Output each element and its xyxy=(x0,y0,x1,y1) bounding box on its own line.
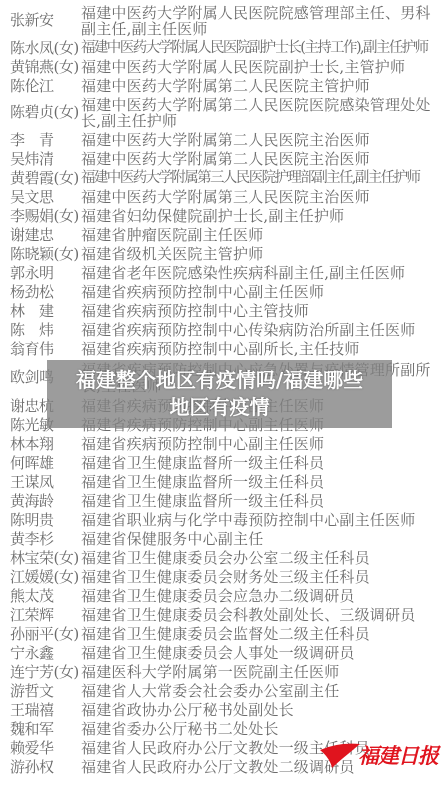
person-position: 福建省疾病预防控制中心主管技师 xyxy=(81,303,433,319)
person-name: 连宁芳(女) xyxy=(10,663,80,682)
person-name: 王谋凤 xyxy=(10,473,80,492)
headline-title: 福建整个地区有疫情吗/福建哪些 地区有疫情 xyxy=(76,367,363,421)
person-name: 何晖雄 xyxy=(10,454,80,473)
person-name: 郭永明 xyxy=(10,264,80,283)
person-name: 游哲文 xyxy=(10,682,80,701)
person-name: 吴文思 xyxy=(10,188,80,207)
person-name: 王瑞禧 xyxy=(10,701,80,720)
person-name: 宁永鑫 xyxy=(10,644,80,663)
person-name: 谢建忠 xyxy=(10,226,80,245)
person-position: 福建省卫生健康监督所一级主任科员 xyxy=(81,455,433,471)
person-position: 福建中医药大学附属人民医院副护士长(主持工作),副主任护师 xyxy=(81,40,433,56)
person-position: 福建省人大常委会社会委办公室副主任 xyxy=(81,683,433,699)
person-position: 福建中医药大学附属第二人民医院主治医师 xyxy=(81,132,433,148)
person-name: 陈水凤(女) xyxy=(10,39,80,58)
person-position: 福建省卫生健康委员会办公室二级主任科员 xyxy=(81,550,433,566)
person-position: 福建省级机关医院主管护师 xyxy=(81,246,433,262)
person-position: 福建省疾病预防控制中心副所长,主任技师 xyxy=(81,341,433,357)
person-name: 黄碧霞(女) xyxy=(10,169,80,188)
person-position: 福建中医药大学附属第二人民医院医院感染管理处处长,副主任护师 xyxy=(81,97,433,129)
person-name: 江荣辉 xyxy=(10,606,80,625)
person-position: 福建省疾病预防控制中心传染病防治所副主任医师 xyxy=(81,322,433,338)
person-position: 福建省职业病与化学中毒预防控制中心副主任医师 xyxy=(81,512,433,528)
person-name: 杨劲松 xyxy=(10,283,80,302)
person-name: 李 青 xyxy=(10,131,80,150)
person-position: 福建省卫生健康委员会监督处二级主任科员 xyxy=(81,626,433,642)
person-position: 福建医科大学附属第一医院副主任医师 xyxy=(81,664,433,680)
person-position: 福建中医药大学附属第二人民医院主治医师 xyxy=(81,151,433,167)
person-name: 孙丽平(女) xyxy=(10,625,80,644)
person-position: 福建省卫生健康委员会科教处副处长、三级调研员 xyxy=(81,607,433,623)
brush-stroke-icon xyxy=(318,740,362,770)
person-position: 福建省保健服务中心副主任 xyxy=(81,531,433,547)
person-position: 福建省肿瘤医院副主任医师 xyxy=(81,227,433,243)
person-name: 陈 炜 xyxy=(10,321,80,340)
person-name: 黄锦燕(女) xyxy=(10,58,80,77)
headline-line-2: 地区有疫情 xyxy=(170,395,270,419)
person-name: 黄李杉 xyxy=(10,530,80,549)
person-position: 福建省老年医院感染性疾病科副主任,副主任医师 xyxy=(81,265,433,281)
person-name: 林宝荣(女) xyxy=(10,549,80,568)
person-name: 林 建 xyxy=(10,302,80,321)
person-name: 李赐娟(女) xyxy=(10,207,80,226)
headline-overlay: 福建整个地区有疫情吗/福建哪些 地区有疫情 xyxy=(47,360,392,428)
person-position: 福建省妇幼保健院副护士长,副主任护师 xyxy=(81,208,433,224)
person-name: 熊太茂 xyxy=(10,587,80,606)
person-name: 赖爱华 xyxy=(10,739,80,758)
person-name: 翁育伟 xyxy=(10,340,80,359)
person-name: 游孙权 xyxy=(10,758,80,777)
person-position: 福建中医药大学附属人民医院副护士长,主管护师 xyxy=(81,59,433,75)
person-name: 江媛媛(女) xyxy=(10,568,80,587)
person-name: 陈明贵 xyxy=(10,511,80,530)
newspaper-logo: 福建日报 xyxy=(318,738,438,772)
headline-line-1: 福建整个地区有疫情吗/福建哪些 xyxy=(76,368,363,392)
person-position: 福建中医药大学附属第三人民医院护理部副主任,副主任护师 xyxy=(81,170,433,186)
person-name: 吴炜清 xyxy=(10,150,80,169)
person-position: 福建省卫生健康委员会财务处三级主任科员 xyxy=(81,569,433,585)
person-name: 陈晓颖(女) xyxy=(10,245,80,264)
person-position: 福建省卫生健康监督所一级主任科员 xyxy=(81,493,433,509)
person-position: 福建省卫生健康监督所一级主任科员 xyxy=(81,474,433,490)
logo-text: 福建日报 xyxy=(358,740,438,770)
person-name: 陈碧贞(女) xyxy=(10,103,80,122)
person-name: 陈伦江 xyxy=(10,77,80,96)
person-position: 福建省疾病预防控制中心副主任医师 xyxy=(81,284,433,300)
person-position: 福建省卫生健康委员会人事处一级调研员 xyxy=(81,645,433,661)
person-position: 福建省卫生健康委员会应急办二级调研员 xyxy=(81,588,433,604)
person-position: 福建省政协办公厅秘书处副处长 xyxy=(81,702,433,718)
person-position: 福建中医药大学附属第二人民医院主管护师 xyxy=(81,78,433,94)
person-position: 福建中医药大学附属第三人民医院主治医师 xyxy=(81,189,433,205)
person-position: 福建中医药大学附属人民医院院感管理部主任、男科副主任,副主任医师 xyxy=(81,5,433,37)
person-name: 林本翔 xyxy=(10,435,80,454)
person-position: 福建省委办公厅秘书二处处长 xyxy=(81,721,433,737)
person-position: 福建省疾病预防控制中心副主任医师 xyxy=(81,436,433,452)
person-name: 魏和军 xyxy=(10,720,80,739)
person-name: 张新安 xyxy=(10,11,80,30)
person-name: 黄海龄 xyxy=(10,492,80,511)
